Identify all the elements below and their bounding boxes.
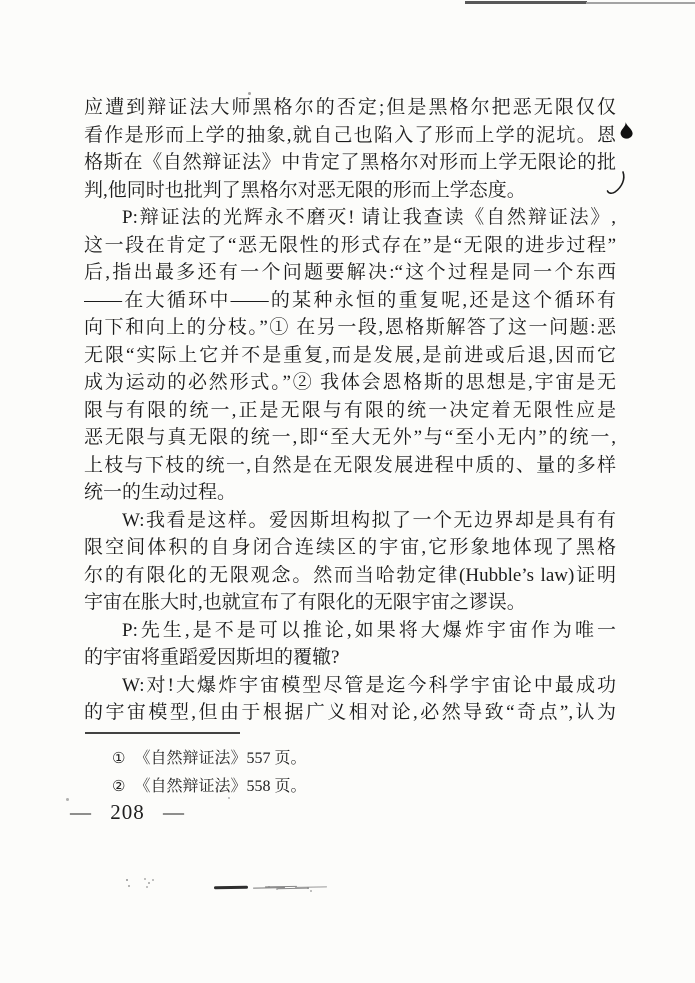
scan-smudge-dash [214,886,248,890]
text-line: 后,指出最多还有一个问题要解决:“这个过程是同一个东西 [84,259,616,287]
text-line: 恶无限与真无限的统一,即“至大无外”与“至小无内”的统一, [84,424,616,452]
text-line: 应遭到辩证法大师黑格尔的否定;但是黑格尔把恶无限仅仅 [84,94,616,122]
footnote-divider [85,732,240,734]
footnote: ②《自然辩证法》558 页。 [112,773,306,801]
scan-edge-line-light [586,2,695,4]
text-line: 这一段在肯定了“恶无限性的形式存在”是“无限的进步过程” [84,232,616,260]
text-line: P:辩证法的光辉永不磨灭! 请让我查读《自然辩证法》, [84,204,616,232]
scan-smudge-tail [268,886,270,888]
text-line: 看作是形而上学的抽象,就自己也陷入了形而上学的泥坑。恩 [84,122,616,150]
book-page: 应遭到辩证法大师黑格尔的否定;但是黑格尔把恶无限仅仅看作是形而上学的抽象,就自己… [0,0,695,983]
text-line: 的宇宙模型,但由于根据广义相对论,必然导致“奇点”,认为 [84,699,616,727]
text-line: W:我看是这样。爱因斯坦构拟了一个无边界却是具有有 [84,507,616,535]
scan-smudge-dots [126,879,128,881]
text-line: 成为运动的必然形式。”② 我体会恩格斯的思想是,宇宙是无 [84,369,616,397]
text-line: P:先生,是不是可以推论,如果将大爆炸宇宙作为唯一 [84,617,616,645]
footnote-marker: ① [112,745,125,773]
body-text: 应遭到辩证法大师黑格尔的否定;但是黑格尔把恶无限仅仅看作是形而上学的抽象,就自己… [84,94,616,727]
text-line: 向下和向上的分枝。”① 在另一段,恩格斯解答了这一问题:恶 [84,314,616,342]
text-line: 统一的生动过程。 [84,479,616,507]
text-line: 格斯在《自然辩证法》中肯定了黑格尔对形而上学无限论的批 [84,149,616,177]
scan-speck [66,798,69,801]
text-line: 限空间体积的自身闭合连续区的宇宙,它形象地体现了黑格 [84,534,616,562]
ink-curl-mark [606,170,630,198]
scan-edge-line-dark [465,1,587,4]
footnotes: ①《自然辩证法》557 页。②《自然辩证法》558 页。 [112,745,306,801]
text-line: 尔的有限化的无限观念。然而当哈勃定律(Hubble’s law)证明 [84,562,616,590]
footnote-marker: ② [112,773,125,801]
text-line: 宇宙在胀大时,也就宣布了有限化的无限宇宙之谬误。 [84,589,616,617]
scan-speck [248,92,251,95]
text-line: W:对!大爆炸宇宙模型尽管是迄今科学宇宙论中最成功 [84,672,616,700]
text-line: 限与有限的统一,正是无限与有限的统一决定着无限性应是 [84,397,616,425]
text-line: 上枝与下枝的统一,自然是在无限发展进程中质的、量的多样 [84,452,616,480]
scan-speck [228,797,230,799]
text-line: 的宇宙将重蹈爱因斯坦的覆辙? [84,644,616,672]
text-line: 判,他同时也批判了黑格尔对恶无限的形而上学态度。 [84,177,616,205]
footnote-text: 《自然辩证法》557 页。 [134,750,306,767]
text-line: ——在大循环中——的某种永恒的重复呢,还是这个循环有 [84,287,616,315]
ink-blot-mark [620,122,633,139]
page-number: — 208 — [70,800,185,825]
text-line: 无限“实际上它并不是重复,而是发展,是前进或后退,因而它 [84,342,616,370]
footnote: ①《自然辩证法》557 页。 [112,745,306,773]
footnote-text: 《自然辩证法》558 页。 [134,778,306,795]
